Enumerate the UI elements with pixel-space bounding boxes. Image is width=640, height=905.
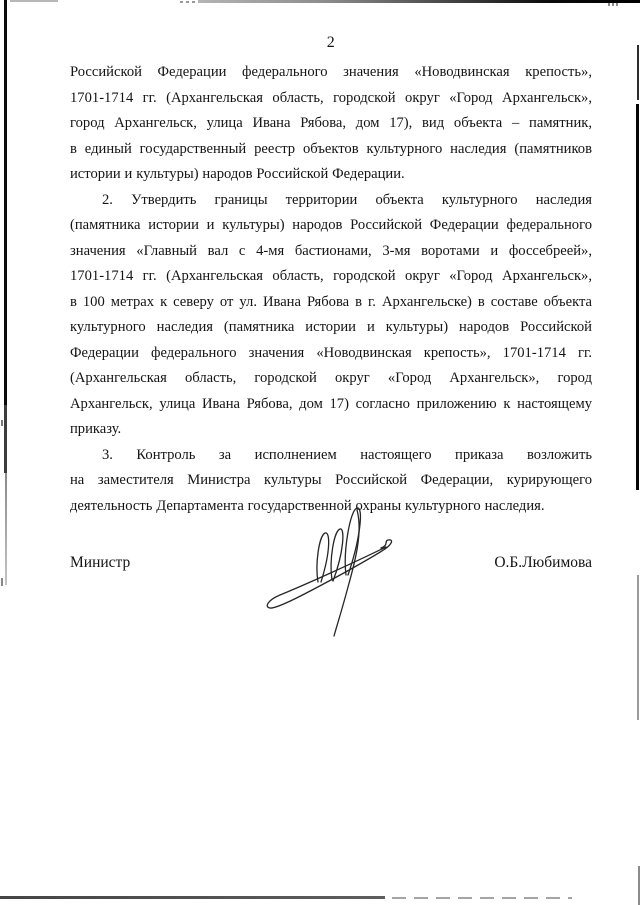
scan-edge-top-dash — [10, 0, 58, 2]
scan-edge-bottom-line — [0, 896, 385, 899]
document-page: 2 Российской Федерации федерального знач… — [0, 0, 640, 905]
scan-edge-left-line — [5, 473, 7, 585]
text-line: (памятника истории и культуры) народов Р… — [70, 213, 592, 239]
text-line: Российской Федерации федерального значен… — [70, 60, 592, 86]
text-line: (Архангельская область, городской округ … — [70, 366, 592, 392]
scan-edge-left-line — [4, 405, 7, 473]
scan-edge-right-line — [637, 575, 639, 720]
handwritten-signature-icon — [262, 498, 422, 638]
text-line: Федерации федерального значения «Новодви… — [70, 341, 592, 367]
scan-edge-right-line — [637, 45, 639, 100]
text-line: в единый государственный реестр объектов… — [70, 137, 592, 163]
text-line: культурного наследия (памятника истории … — [70, 315, 592, 341]
scan-edge-left-line — [4, 0, 7, 405]
scan-edge-top-speck — [608, 3, 618, 6]
text-line: 1701-1714 гг. (Архангельская область, го… — [70, 264, 592, 290]
page-number: 2 — [70, 34, 592, 52]
document-body: Российской Федерации федерального значен… — [70, 60, 592, 519]
text-line: на заместителя Министра культуры Российс… — [70, 468, 592, 494]
text-line: 2. Утвердить границы территории объекта … — [70, 188, 592, 214]
minister-name: О.Б.Любимова — [494, 554, 592, 572]
text-line: приказу. — [70, 417, 592, 443]
scan-edge-bottom-line — [392, 897, 572, 899]
scan-edge-top-line — [198, 0, 640, 3]
text-line: Архангельск, улица Ивана Рябова, дом 17)… — [70, 392, 592, 418]
text-line: значения «Главный вал с 4-мя бастионами,… — [70, 239, 592, 265]
scan-edge-left-speck — [1, 578, 3, 586]
text-line: в 100 метрах к северу от ул. Ивана Рябов… — [70, 290, 592, 316]
text-line: 3. Контроль за исполнением настоящего пр… — [70, 443, 592, 469]
text-line: истории и культуры) народов Российской Ф… — [70, 162, 592, 188]
minister-title: Министр — [70, 554, 130, 572]
scan-edge-left-speck — [1, 420, 3, 426]
text-line: 1701-1714 гг. (Архангельская область, го… — [70, 86, 592, 112]
text-line: город Архангельск, улица Ивана Рябова, д… — [70, 111, 592, 137]
scan-edge-right-line — [636, 104, 639, 490]
scan-edge-top-specks — [180, 1, 196, 3]
